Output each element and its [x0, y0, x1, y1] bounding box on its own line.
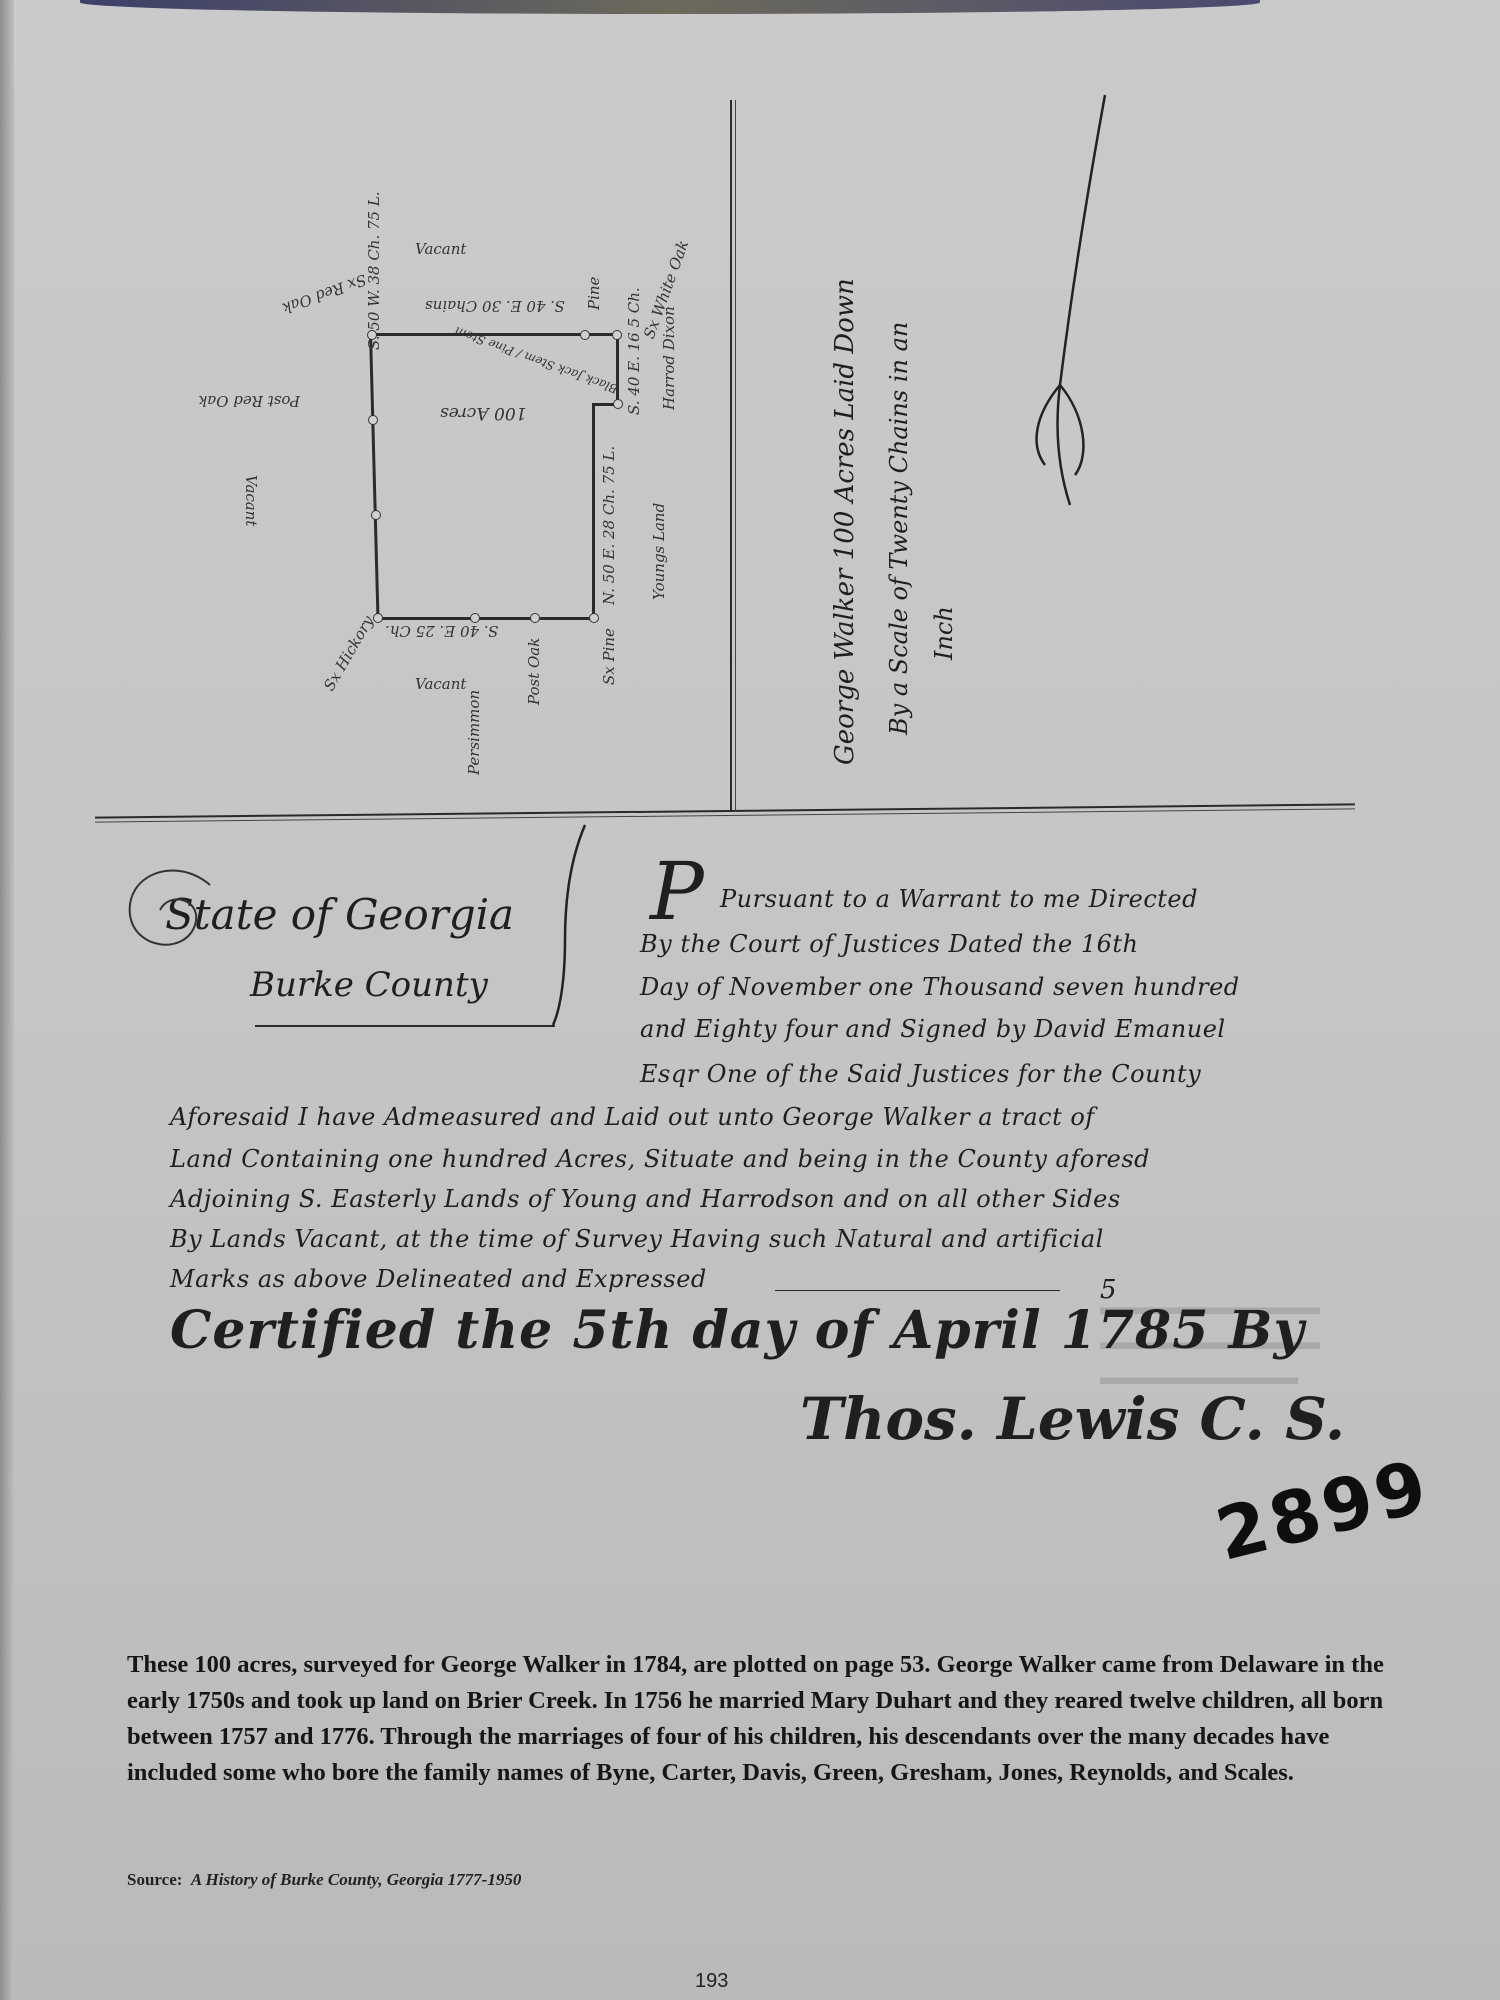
county-heading: Burke County: [250, 965, 488, 1005]
book-page: ▬▬▬▬▬▬▬▬▬▬ ▬▬▬▬▬▬▬▬▬▬ ▬▬▬▬▬▬▬▬▬ 100 Acre…: [0, 0, 1500, 2000]
warrant-line: Day of November one Thousand seven hundr…: [640, 973, 1240, 1001]
certified-line: Certified the 5th day of April 1785 By: [170, 1300, 1305, 1361]
endorsement-line-2: By a Scale of Twenty Chains in an: [885, 322, 913, 735]
plat-label-corner-ne-top: Pine: [585, 277, 603, 310]
warrant-line: By the Court of Justices Dated the 16th: [640, 930, 1139, 958]
figure-caption: These 100 acres, surveyed for George Wal…: [127, 1647, 1397, 1791]
plat-corner-marker: [371, 510, 381, 520]
plat-boundary-bottom: [377, 617, 595, 620]
plat-label-corner-sw: Sx Hickory: [320, 613, 377, 694]
book-binding-edge: [0, 0, 14, 2000]
plat-label-north: Vacant: [415, 240, 466, 258]
plat-label-bottom-line: S. 40 E. 25 Ch.: [385, 622, 498, 640]
plat-label-notch: S. 40 E. 16 5 Ch.: [625, 287, 643, 415]
source-citation: Source: A History of Burke County, Georg…: [127, 1870, 521, 1890]
heading-underline: [255, 1025, 555, 1027]
warrant-line: Aforesaid I have Admeasured and Laid out…: [170, 1103, 1095, 1131]
plat-corner-marker: [530, 613, 540, 623]
warrant-line: Land Containing one hundred Acres, Situa…: [170, 1145, 1150, 1173]
book-cover-edge: [80, 0, 1260, 14]
plat-corner-marker: [612, 330, 622, 340]
survey-manuscript: 100 Acres Vacant S. 40 E. 30 Chains Sx R…: [95, 85, 1385, 1475]
endorsement-line-1: George Walker 100 Acres Laid Down: [830, 278, 860, 765]
plat-label-persimmon: Persimmon: [465, 690, 483, 775]
plat-label-south: Vacant: [415, 675, 466, 693]
plat-boundary-notch-v: [616, 333, 619, 405]
plat-label-bottom-tree: Post Oak: [525, 638, 543, 705]
plat-boundary-top: [370, 333, 615, 336]
plat-label-west-mid: Post Red Oak: [198, 392, 300, 410]
endorsement-flourish-icon: [975, 85, 1115, 585]
plat-corner-marker: [368, 415, 378, 425]
plat-label-corner-nw: Sx Red Oak: [280, 270, 369, 317]
plat-label-corner-se: Sx Pine: [600, 628, 618, 685]
source-label: Source:: [127, 1870, 182, 1889]
divider-vertical: [730, 100, 736, 812]
warrant-line: Adjoining S. Easterly Lands of Young and…: [170, 1185, 1121, 1213]
plat-area-label: 100 Acres: [440, 403, 527, 423]
surveyor-signature: Thos. Lewis C. S.: [800, 1385, 1345, 1453]
source-title: A History of Burke County, Georgia 1777-…: [191, 1870, 521, 1889]
warrant-line: Marks as above Delineated and Expressed: [170, 1265, 707, 1293]
plat-corner-marker: [613, 399, 623, 409]
plat-corner-marker: [580, 330, 590, 340]
endorsement-line-3: Inch: [930, 606, 958, 660]
plat-boundary-west: [369, 333, 379, 618]
text-end-rule: [775, 1290, 1060, 1291]
warrant-initial-p: P: [650, 845, 704, 938]
warrant-line: By Lands Vacant, at the time of Survey H…: [170, 1225, 1104, 1253]
plat-label-east: Youngs Land: [650, 503, 668, 600]
decorative-scroll-icon: [115, 855, 225, 965]
plat-corner-marker: [589, 613, 599, 623]
plat-label-east-line: N. 50 E. 28 Ch. 75 L.: [600, 446, 618, 605]
plat-label-west-line: S. 50 W. 38 Ch. 75 L.: [365, 191, 383, 350]
heading-bracket-icon: [550, 820, 590, 1030]
plat-label-top-line: S. 40 E. 30 Chains: [425, 297, 565, 315]
warrant-line: Esqr One of the Said Justices for the Co…: [640, 1060, 1201, 1088]
warrant-line: Pursuant to a Warrant to me Directed: [720, 885, 1198, 913]
plat-label-west: Vacant: [242, 475, 260, 526]
divider-horizontal: [95, 803, 1355, 822]
plat-boundary-east: [592, 403, 595, 618]
page-number: 193: [695, 1970, 728, 1993]
warrant-line: and Eighty four and Signed by David Eman…: [640, 1015, 1226, 1043]
